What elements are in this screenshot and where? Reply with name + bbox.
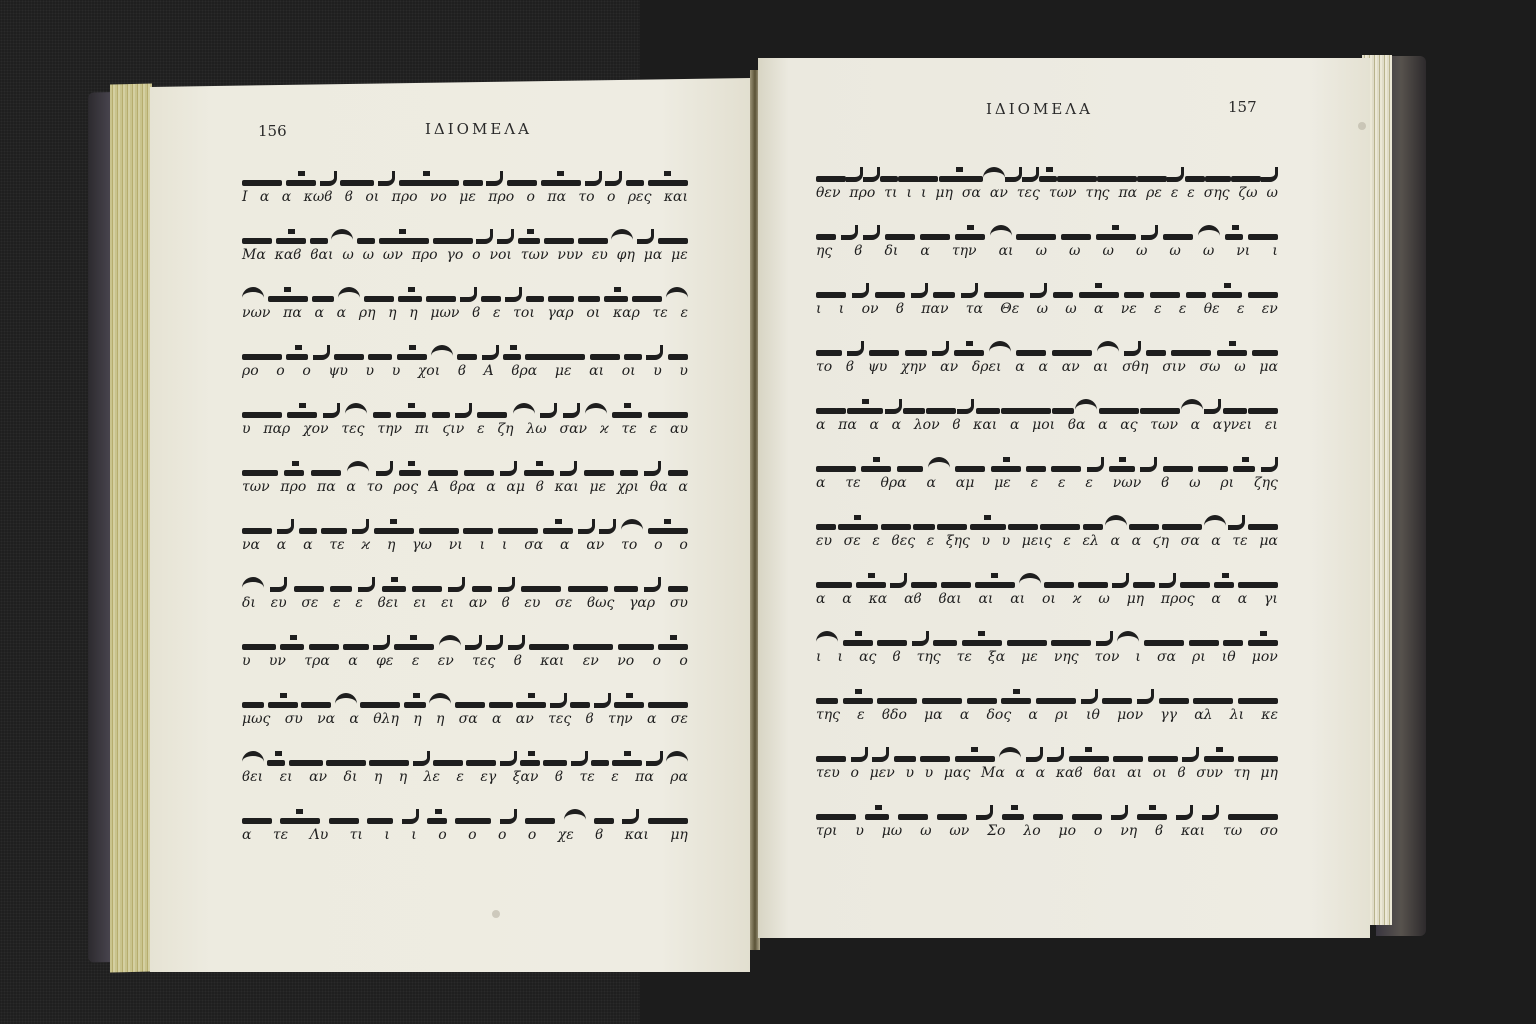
neume-icon — [838, 524, 878, 530]
lyric-syllable: χην — [901, 359, 926, 375]
chant-line: νααατεϰηγωνιιισαααντοοο — [242, 504, 688, 562]
neume-icon — [369, 760, 409, 766]
neume-icon — [1002, 814, 1024, 820]
lyric-syllable: ω — [1136, 243, 1147, 259]
neume-icon — [367, 818, 393, 824]
lyric-row: ευσεεϐεςεξηςυυμειςεελααϛησαατεμα — [816, 533, 1278, 549]
neume-icon — [544, 238, 574, 244]
lyric-syllable: ο — [1094, 823, 1102, 839]
neume-icon — [431, 345, 453, 360]
lyric-syllable: ρε — [1146, 185, 1162, 201]
lyric-syllable: αν — [469, 595, 487, 611]
lyric-syllable: με — [994, 475, 1011, 491]
lyric-syllable: ο — [654, 537, 662, 553]
neume-icon — [976, 408, 1000, 414]
neume-row — [816, 384, 1278, 414]
lyric-syllable: συ — [670, 595, 688, 611]
lyric-syllable: προς — [1161, 591, 1195, 607]
lyric-syllable: α — [242, 827, 251, 843]
lyric-syllable: ϐ — [514, 653, 522, 669]
lyric-syllable: ρες — [628, 189, 652, 205]
neume-icon — [242, 818, 272, 824]
lyric-syllable: ω — [363, 247, 374, 263]
lyric-syllable: η — [436, 711, 444, 727]
lyric-syllable: ο — [498, 827, 506, 843]
lyric-row: αακααϐϐαιαιαιοιϰωμηπροςααγι — [816, 591, 1278, 607]
neume-icon — [932, 341, 949, 356]
neume-icon — [466, 760, 496, 766]
neume-icon — [666, 287, 688, 302]
neume-icon — [268, 296, 308, 302]
lyric-syllable: Μα — [242, 247, 266, 263]
neume-icon — [1019, 573, 1041, 588]
lyric-syllable: αλ — [1194, 707, 1212, 723]
lyric-syllable: με — [555, 363, 572, 379]
lyric-syllable: υ — [925, 765, 934, 781]
lyric-syllable: ϐες — [892, 533, 916, 549]
neume-icon — [1261, 167, 1278, 182]
lyric-syllable: εν — [1262, 301, 1278, 317]
lyric-syllable: να — [317, 711, 335, 727]
lyric-syllable: ι — [838, 649, 844, 665]
lyric-syllable: αμ — [956, 475, 975, 491]
lyric-syllable: λι — [1230, 707, 1244, 723]
neume-icon — [1180, 582, 1210, 588]
neume-icon — [460, 287, 477, 302]
neume-icon — [885, 234, 915, 240]
neume-icon — [970, 524, 1006, 530]
lyric-syllable: ω — [1169, 243, 1180, 259]
lyric-syllable: α — [337, 305, 346, 321]
lyric-syllable: α — [960, 707, 969, 723]
lyric-syllable: ω — [1234, 359, 1245, 375]
lyric-syllable: η — [413, 711, 421, 727]
chant-line: ηςϐδιατηναιωωωωωωνιι — [816, 210, 1278, 268]
neume-icon — [605, 171, 622, 186]
neume-icon — [898, 176, 938, 182]
lyric-syllable: ει — [280, 769, 293, 785]
lyric-syllable: καϐ — [275, 247, 302, 263]
neume-icon — [591, 760, 609, 766]
neume-icon — [472, 586, 492, 592]
lyric-row: Μακαϐϐαιωωωνπρογοονοιτωννυνευφημαμε — [242, 247, 688, 263]
neume-icon — [310, 238, 328, 244]
lyric-row: τωνπροπαατοροςΑϐραααμϐκαιμεχριθαα — [242, 479, 688, 495]
neume-icon — [898, 814, 928, 820]
neume-icon — [816, 524, 836, 530]
neume-icon — [1146, 350, 1166, 356]
neume-icon — [433, 238, 473, 244]
lyric-syllable: προ — [488, 189, 514, 205]
lyric-syllable: εγ — [480, 769, 496, 785]
chant-line: υυντρααφεεεντεςϐκαιεννοοο — [242, 620, 688, 678]
lyric-syllable: νο — [430, 189, 447, 205]
neume-icon — [1099, 408, 1139, 414]
lyric-syllable: το — [578, 189, 594, 205]
lyric-syllable: μον — [1117, 707, 1143, 723]
lyric-syllable: ι — [839, 301, 845, 317]
lyric-syllable: ε — [1237, 301, 1245, 317]
lyric-syllable: ε — [412, 653, 420, 669]
neume-icon — [658, 644, 688, 650]
lyric-row: υπαρχοντεςτηνπιϛινεζηλωσανϰτεεαυ — [242, 421, 688, 437]
lyric-syllable: συν — [1196, 765, 1223, 781]
lyric-syllable: ϐαι — [1093, 765, 1116, 781]
neume-icon — [618, 644, 654, 650]
lyric-syllable: τρα — [304, 653, 329, 669]
neume-icon — [967, 698, 997, 704]
neume-icon — [570, 702, 590, 708]
lyric-syllable: ω — [1098, 591, 1109, 607]
neume-icon — [347, 461, 369, 476]
lyric-syllable: α — [315, 305, 324, 321]
lyric-syllable: ϐ — [1155, 823, 1163, 839]
lyric-syllable: ψυ — [868, 359, 888, 375]
lyric-syllable: φε — [376, 653, 393, 669]
lyric-syllable: ϐρα — [511, 363, 537, 379]
neume-icon — [1096, 234, 1136, 240]
lyric-syllable: α — [282, 189, 291, 205]
lyric-syllable: με — [589, 479, 606, 495]
chant-line: τηςεϐδομααδοςαριιθμονγγαλλικε — [816, 674, 1278, 732]
neume-icon — [1150, 292, 1180, 298]
lyric-syllable: και — [1181, 823, 1205, 839]
lyric-syllable: ο — [528, 827, 536, 843]
lyric-syllable: ε — [1187, 185, 1195, 201]
neume-icon — [242, 577, 264, 592]
lyric-syllable: τρι — [816, 823, 837, 839]
neume-icon — [1036, 698, 1076, 704]
neume-icon — [1097, 341, 1119, 356]
neume-icon — [526, 296, 544, 302]
neume-row — [816, 674, 1278, 704]
lyric-syllable: μα — [924, 707, 943, 723]
neume-icon — [646, 751, 663, 766]
neume-row — [242, 562, 688, 592]
neume-icon — [563, 403, 580, 418]
neume-icon — [939, 176, 983, 182]
lyric-syllable: και — [625, 827, 649, 843]
neume-icon — [1051, 466, 1081, 472]
lyric-syllable: νυν — [557, 247, 583, 263]
neume-icon — [373, 412, 391, 418]
neume-icon — [1228, 814, 1278, 820]
neume-icon — [508, 635, 525, 650]
neume-icon — [1163, 234, 1193, 240]
lyric-syllable: ω — [1037, 301, 1048, 317]
lyric-syllable: δι — [242, 595, 256, 611]
neume-icon — [358, 577, 375, 592]
neume-icon — [568, 586, 608, 592]
lyric-syllable: τευ — [816, 765, 840, 781]
lyric-syllable: α — [1098, 417, 1107, 433]
lyric-syllable: μα — [1259, 533, 1278, 549]
neume-icon — [1129, 524, 1159, 530]
neume-icon — [816, 582, 852, 588]
lyric-syllable: α — [1238, 591, 1247, 607]
neume-icon — [622, 809, 639, 824]
neume-icon — [989, 341, 1011, 356]
neume-icon — [301, 702, 331, 708]
neume-icon — [427, 818, 447, 824]
lyric-syllable: κε — [1261, 707, 1278, 723]
neume-icon — [311, 470, 341, 476]
lyric-syllable: η — [374, 769, 382, 785]
neume-icon — [280, 644, 304, 650]
neume-icon — [1016, 350, 1046, 356]
lyric-row: ατεΛυτιιιοοοοχεϐκαιμη — [242, 827, 688, 843]
lyric-syllable: α — [1010, 417, 1019, 433]
neume-icon — [560, 461, 577, 476]
lyric-syllable: ϰ — [600, 421, 609, 437]
lyric-syllable: σθη — [1122, 359, 1148, 375]
lyric-syllable: ε — [477, 421, 485, 437]
neume-row — [816, 210, 1278, 240]
lyric-syllable: προ — [849, 185, 875, 201]
lyric-syllable: νης — [1054, 649, 1079, 665]
lyric-syllable: α — [816, 475, 825, 491]
lyric-syllable: γω — [412, 537, 432, 553]
neume-icon — [1141, 225, 1158, 240]
neume-icon — [412, 586, 442, 592]
lyric-syllable: ω — [1036, 243, 1047, 259]
neume-icon — [1252, 350, 1278, 356]
neume-icon — [242, 470, 278, 476]
lyric-syllable: ω — [1203, 243, 1214, 259]
neume-icon — [1040, 524, 1080, 530]
lyric-syllable: μα — [1259, 359, 1278, 375]
neume-icon — [585, 403, 607, 418]
lyric-syllable: αμ — [506, 479, 525, 495]
lyric-syllable: ε — [1058, 475, 1066, 491]
lyric-syllable: ϐ — [854, 243, 862, 259]
lyric-syllable: ϐως — [587, 595, 614, 611]
neume-icon — [498, 528, 538, 534]
lyric-syllable: νι — [1236, 243, 1250, 259]
neume-icon — [376, 461, 393, 476]
neume-icon — [999, 747, 1021, 762]
lyric-syllable: νων — [1113, 475, 1141, 491]
lyric-syllable: ρι — [1220, 475, 1234, 491]
lyric-syllable: α — [920, 243, 929, 259]
lyric-syllable: υ — [392, 363, 401, 379]
lyric-syllable: τες — [472, 653, 495, 669]
lyric-syllable: Λυ — [310, 827, 329, 843]
neume-icon — [816, 350, 842, 356]
lyric-syllable: το — [621, 537, 637, 553]
neume-icon — [525, 818, 555, 824]
neume-icon — [1193, 698, 1233, 704]
neume-icon — [648, 180, 688, 186]
chant-line: Μακαϐϐαιωωωνπρογοονοιτωννυνευφημαμε — [242, 214, 688, 272]
page-number: 156 — [258, 122, 287, 140]
neume-icon — [611, 229, 633, 244]
lyric-syllable: α — [277, 537, 286, 553]
lyric-syllable: ε — [1063, 533, 1071, 549]
lyric-syllable: νων — [242, 305, 270, 321]
lyric-syllable: Μα — [981, 765, 1005, 781]
neume-icon — [242, 180, 282, 186]
lyric-syllable: υ — [653, 363, 662, 379]
neume-icon — [903, 408, 925, 414]
neume-icon — [926, 408, 956, 414]
neume-icon — [1047, 747, 1064, 762]
neume-icon — [345, 403, 367, 418]
lyric-syllable: μα — [644, 247, 663, 263]
neume-icon — [524, 470, 554, 476]
lyric-syllable: σα — [962, 185, 981, 201]
lyric-syllable: μεις — [1022, 533, 1052, 549]
neume-icon — [457, 354, 477, 360]
neume-icon — [881, 524, 911, 530]
lyric-syllable: μεν — [870, 765, 895, 781]
lyric-syllable: υ — [981, 533, 990, 549]
lyric-syllable: ω — [1065, 301, 1076, 317]
neume-icon — [1137, 814, 1167, 820]
lyric-syllable: ε — [333, 595, 341, 611]
neume-icon — [668, 354, 688, 360]
neume-icon — [847, 408, 883, 414]
lyric-syllable: ϰ — [1073, 591, 1082, 607]
neume-icon — [975, 582, 1015, 588]
lyric-syllable: χε — [558, 827, 574, 843]
lyric-syllable: ε — [1031, 475, 1039, 491]
lyric-syllable: αγνει — [1213, 417, 1252, 433]
neume-icon — [1083, 524, 1103, 530]
neume-icon — [1033, 814, 1063, 820]
lyric-syllable: τε — [845, 475, 860, 491]
lyric-syllable: τε — [1232, 533, 1247, 549]
chant-line: τωνπροπαατοροςΑϐραααμϐκαιμεχριθαα — [242, 446, 688, 504]
neume-icon — [477, 412, 507, 418]
neume-icon — [1057, 176, 1097, 182]
lyric-syllable: μοι — [1032, 417, 1055, 433]
lyric-syllable: ι — [480, 537, 486, 553]
neume-icon — [846, 167, 863, 182]
chant-lines: ΙαακωϐϐοιπρονομεπροοπατοορεςκαιΜακαϐϐαιω… — [242, 156, 688, 852]
neume-icon — [419, 528, 459, 534]
lyric-syllable: αν — [309, 769, 327, 785]
lyric-syllable: το — [367, 479, 383, 495]
lyric-syllable: δρει — [972, 359, 1002, 375]
lyric-row: θενπροτιιιμησααντεςτωντηςπαρεεεσηςζωω — [816, 185, 1278, 201]
lyric-row: Ιαακωϐϐοιπρονομεπροοπατοορεςκαι — [242, 189, 688, 205]
lyric-syllable: ι — [816, 649, 822, 665]
neume-icon — [368, 354, 392, 360]
neume-icon — [1248, 640, 1278, 646]
neume-icon — [455, 403, 472, 418]
neume-icon — [1052, 350, 1092, 356]
lyric-syllable: ε — [1171, 185, 1179, 201]
page-edges-left — [110, 84, 152, 973]
lyric-row: ιιαςϐτηςτεξαμενηςτονισαριιθμον — [816, 649, 1278, 665]
neume-icon — [286, 180, 316, 186]
neume-icon — [852, 283, 869, 298]
lyric-syllable: α — [678, 479, 687, 495]
neume-icon — [294, 586, 324, 592]
lyric-row: υυντρααφεεεντεςϐκαιεννοοο — [242, 653, 688, 669]
neume-icon — [529, 644, 569, 650]
neume-icon — [1238, 698, 1278, 704]
neume-icon — [330, 586, 352, 592]
neume-icon — [242, 751, 264, 766]
lyric-syllable: παρ — [263, 421, 290, 437]
lyric-syllable: θρα — [880, 475, 906, 491]
neume-icon — [644, 577, 661, 592]
lyric-syllable: ρος — [394, 479, 419, 495]
lyric-syllable: τα — [966, 301, 983, 317]
lyric-row: τευομενυυμαςΜααακαϐϐαιαιοιϐσυντημη — [816, 765, 1278, 781]
lyric-syllable: μω — [882, 823, 903, 839]
chant-line: τευομενυυμαςΜααακαϐϐαιαιοιϐσυντημη — [816, 732, 1278, 790]
lyric-syllable: α — [349, 711, 358, 727]
neume-icon — [1140, 457, 1157, 472]
lyric-syllable: δος — [986, 707, 1011, 723]
neume-row — [242, 794, 688, 824]
neume-row — [242, 156, 688, 186]
lyric-syllable: μας — [944, 765, 970, 781]
lyric-syllable: ζω — [1239, 185, 1258, 201]
lyric-syllable: χρι — [617, 479, 639, 495]
neume-icon — [513, 403, 535, 418]
neume-icon — [941, 582, 971, 588]
lyric-syllable: ο — [438, 827, 446, 843]
neume-icon — [277, 519, 294, 534]
neume-icon — [280, 818, 320, 824]
chant-line: απαααλονϐκαιαμοιϐαααςτωνααγνειει — [816, 384, 1278, 442]
neume-icon — [242, 238, 272, 244]
lyric-syllable: υ — [1002, 533, 1011, 549]
lyric-syllable: θλη — [373, 711, 399, 727]
neume-icon — [1039, 176, 1057, 182]
lyric-syllable: ο — [653, 653, 661, 669]
lyric-syllable: α — [647, 711, 656, 727]
lyric-syllable: ω — [342, 247, 353, 263]
neume-icon — [1225, 234, 1243, 240]
neume-icon — [1217, 350, 1247, 356]
lyric-syllable: ξαν — [513, 769, 539, 785]
neume-row — [816, 616, 1278, 646]
neume-icon — [816, 234, 836, 240]
neume-icon — [399, 470, 421, 476]
neume-icon — [1007, 640, 1047, 646]
neume-icon — [1189, 640, 1219, 646]
neume-icon — [1228, 515, 1245, 530]
lyric-syllable: ας — [1120, 417, 1137, 433]
lyric-syllable: την — [377, 421, 402, 437]
lyric-syllable: ελ — [1083, 533, 1099, 549]
neume-icon — [877, 640, 907, 646]
lyric-syllable: σα — [1181, 533, 1200, 549]
neume-icon — [525, 354, 585, 360]
lyric-syllable: την — [608, 711, 633, 727]
neume-icon — [1072, 814, 1102, 820]
neume-icon — [933, 292, 955, 298]
lyric-syllable: ει — [1265, 417, 1278, 433]
neume-icon — [621, 519, 643, 534]
lyric-syllable: ρα — [670, 769, 688, 785]
lyric-syllable: μη — [935, 185, 953, 201]
neume-icon — [242, 702, 264, 708]
lyric-syllable: το — [816, 359, 832, 375]
neume-icon — [242, 354, 282, 360]
lyric-syllable: ε — [650, 421, 658, 437]
neume-icon — [1030, 283, 1047, 298]
neume-icon — [1182, 747, 1199, 762]
lyric-syllable: Α — [484, 363, 494, 379]
lyric-syllable: νε — [1121, 301, 1137, 317]
lyric-syllable: ϐαι — [310, 247, 333, 263]
